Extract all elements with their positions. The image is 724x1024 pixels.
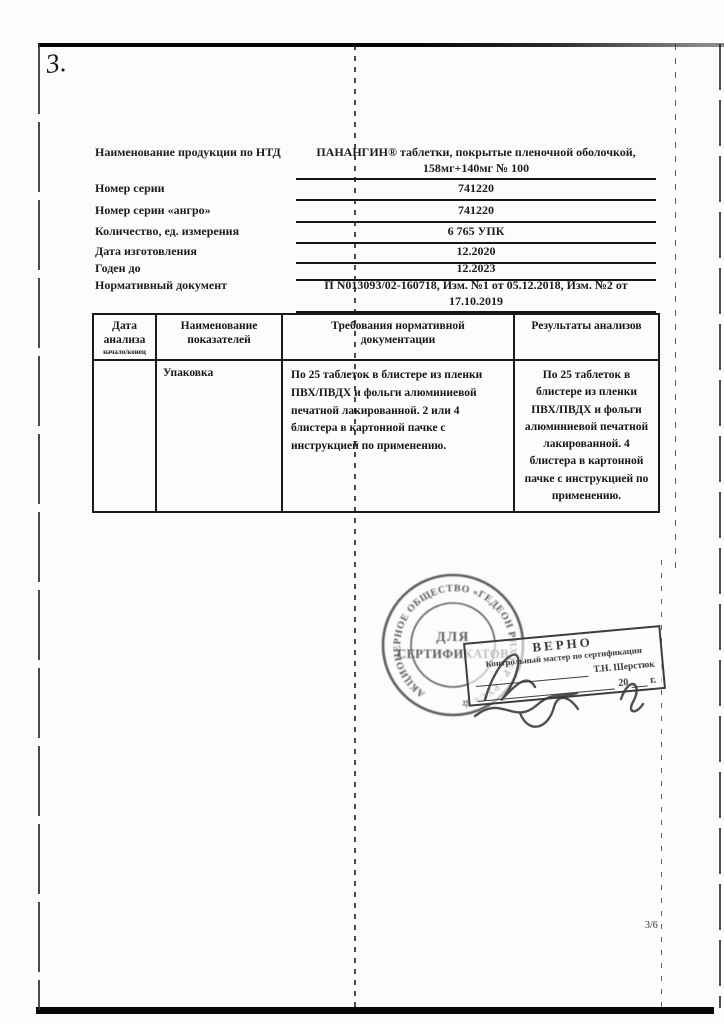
field-value: П N013093/02-160718, Изм. №1 от 05.12.20… [296,278,656,313]
field-row: Наименование продукции по НТД ПАНАНГИН® … [95,145,656,180]
cell-requirement: По 25 таблеток в блистере из пленки ПВХ/… [282,360,514,512]
page-border-left [38,44,40,1010]
scan-fold-line-right-lower [661,560,662,1008]
field-label: Наименование продукции по НТД [95,145,296,160]
scan-fold-line-right-upper [675,44,676,574]
table-header-results: Результаты анализов [514,314,659,360]
header-subtitle: начало/конец [96,348,153,356]
scanned-document-page: 3. Наименование продукции по НТД ПАНАНГИ… [0,0,724,1024]
handwritten-page-mark: 3. [44,47,68,80]
table-header-requirements: Требования нормативной документации [282,314,514,360]
table-header-analysis-date: Дата анализаначало/конец [93,314,156,360]
year-blank-line [631,675,648,687]
year-prefix: 20 [618,677,629,689]
field-label: Годен до [95,261,296,276]
field-row: Номер серии 741220 [95,181,656,201]
page-number: 3/6 [645,920,658,931]
field-label: Номер серии [95,181,296,196]
field-label: Нормативный документ [95,278,296,293]
field-row: Количество, ед. измерения 6 765 УПК [95,224,656,244]
cell-analysis-date [93,360,156,512]
table-row: Упаковка По 25 таблеток в блистере из пл… [93,360,659,512]
field-label: Номер серии «ангро» [95,203,296,218]
year-suffix: г. [650,675,657,686]
table-header-row: Дата анализаначало/конец Наименование по… [93,314,659,360]
field-row: Нормативный документ П N013093/02-160718… [95,278,656,313]
field-label: Дата изготовления [95,244,296,259]
analysis-table: Дата анализаначало/конец Наименование по… [92,313,660,513]
field-label: Количество, ед. измерения [95,224,296,239]
page-border-right [719,44,721,1008]
field-value: ПАНАНГИН® таблетки, покрытые пленочной о… [296,145,656,180]
field-value: 741220 [296,203,656,223]
header-title: Дата анализа [104,320,146,346]
page-border-top [38,43,724,47]
field-value: 6 765 УПК [296,224,656,244]
field-row: Номер серии «ангро» 741220 [95,203,656,223]
table-header-indicator: Наименование показателей [156,314,282,360]
page-border-bottom [36,1007,714,1014]
cell-indicator: Упаковка [156,360,282,512]
field-value: 741220 [296,181,656,201]
cell-result: По 25 таблеток в блистере из пленки ПВХ/… [514,360,659,512]
